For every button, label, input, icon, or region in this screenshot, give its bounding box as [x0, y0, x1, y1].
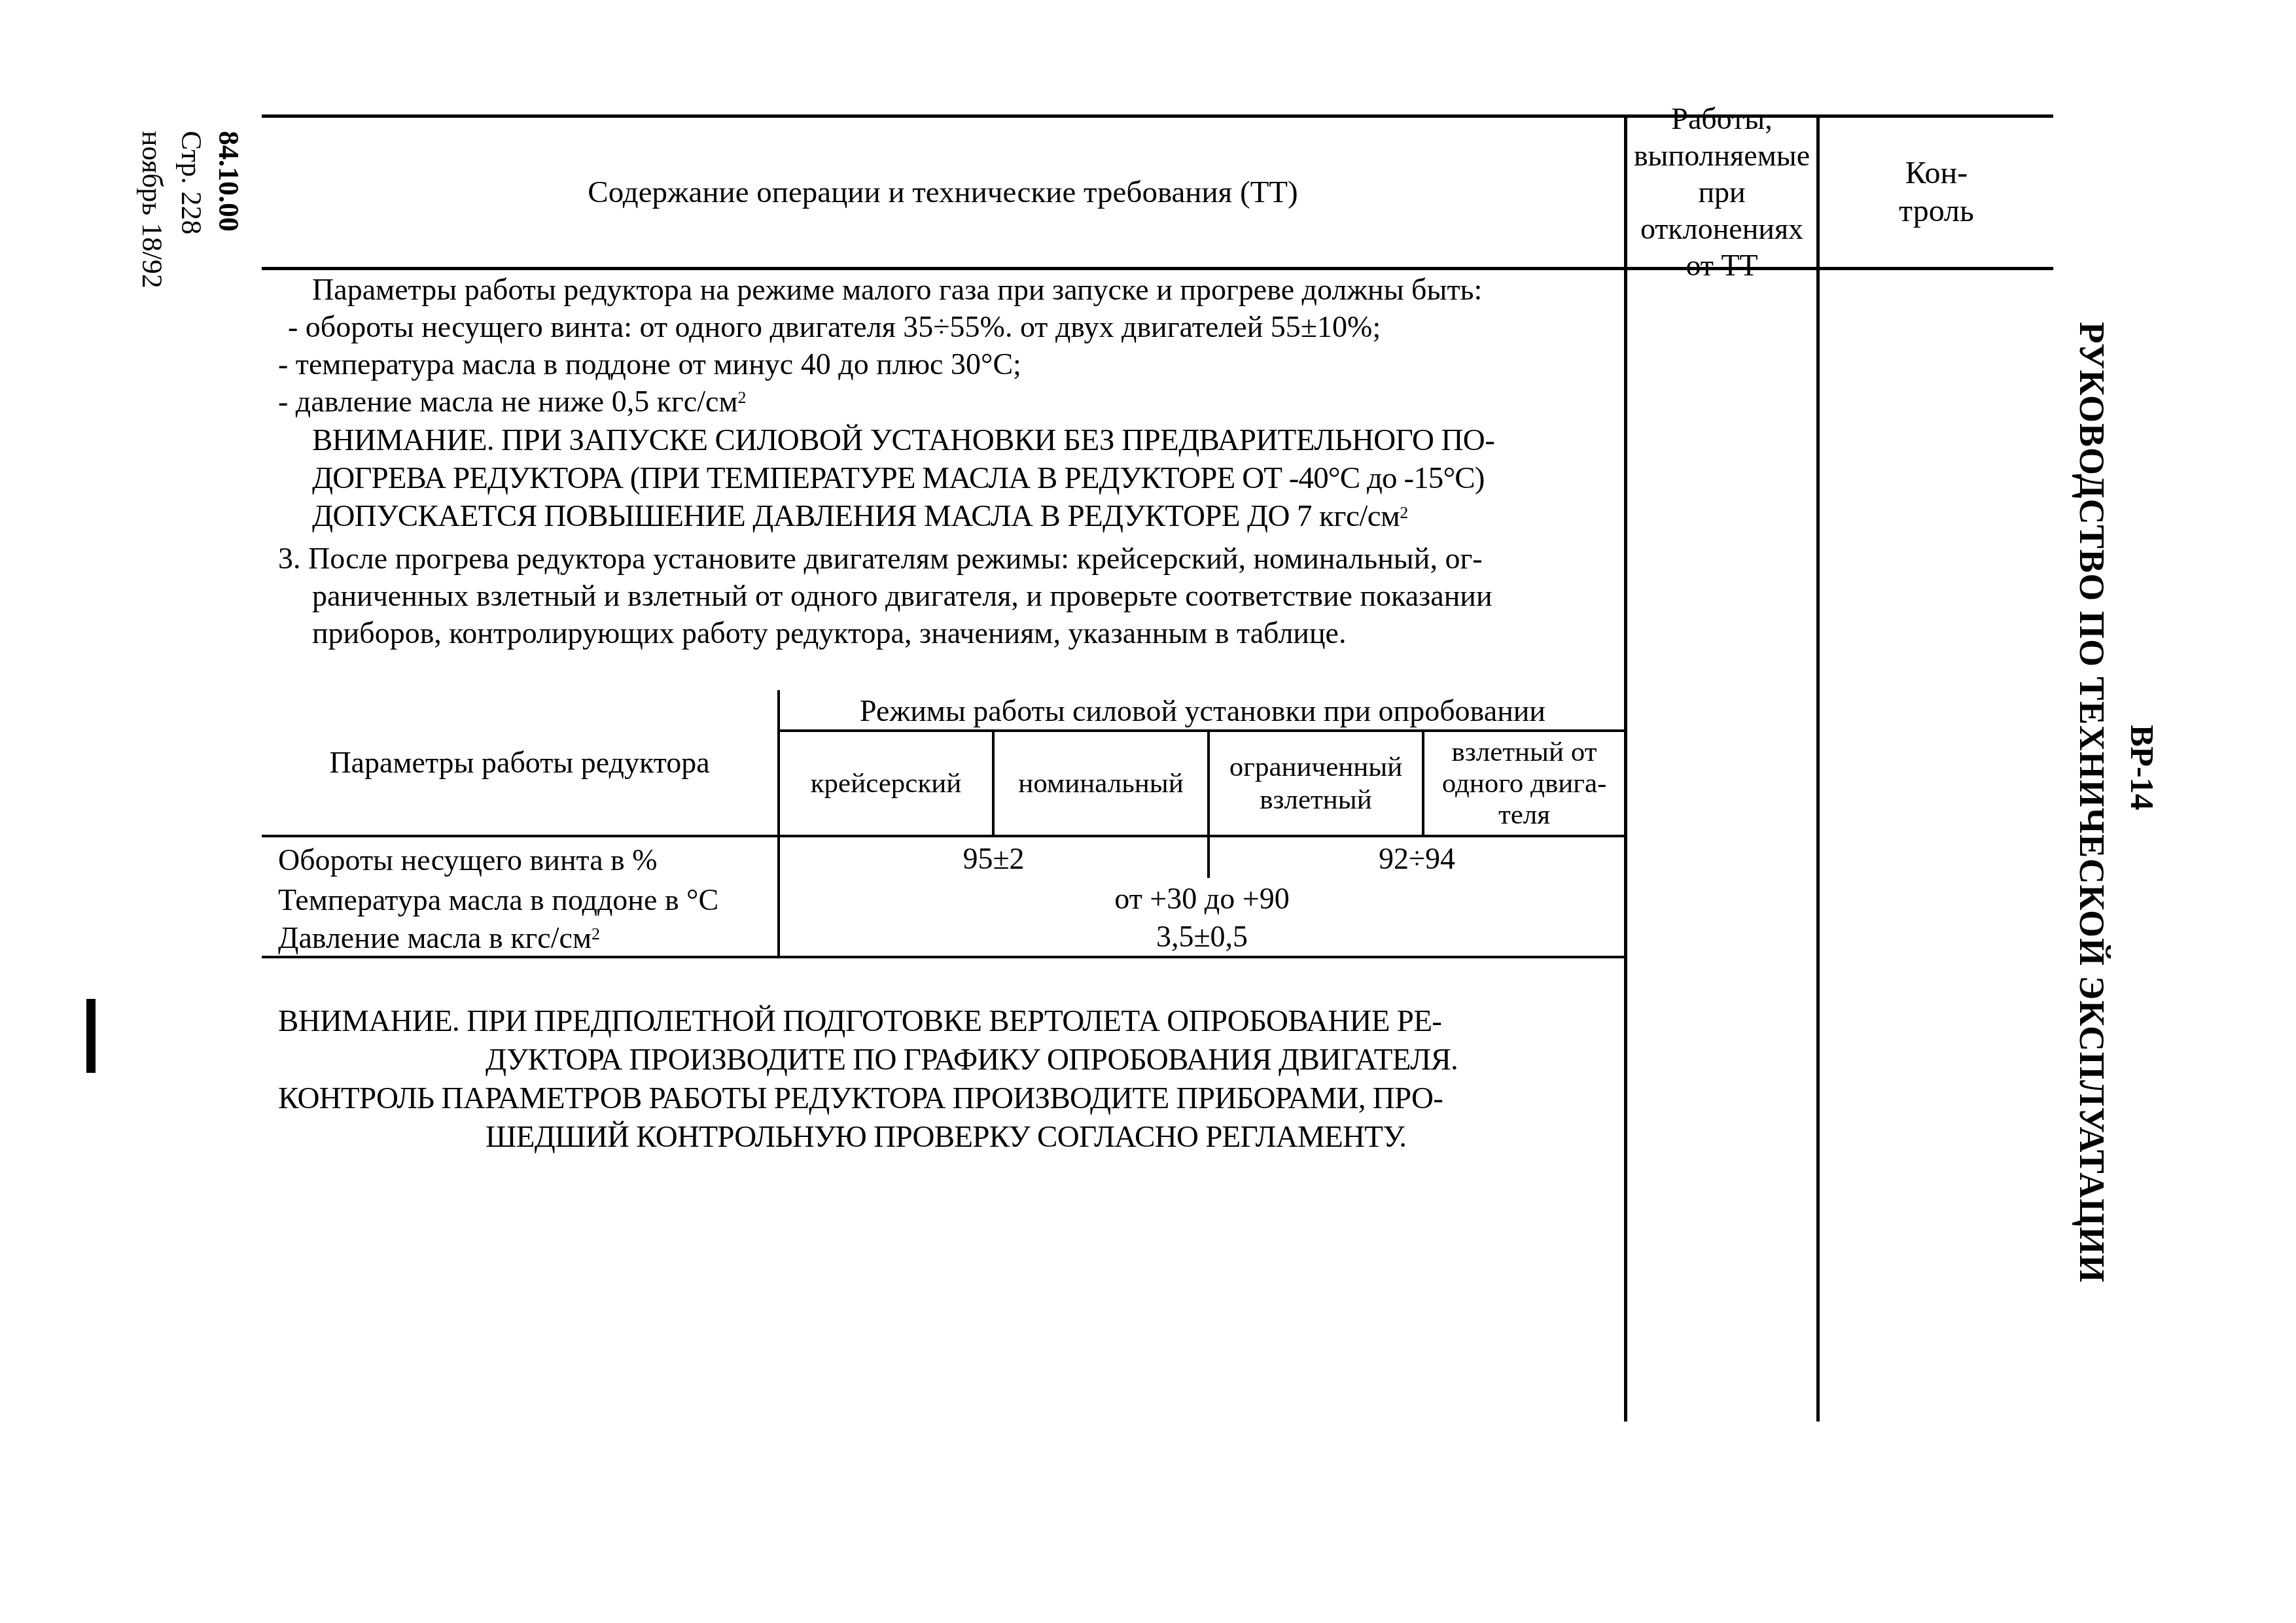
header-control-line: Кон-: [1905, 154, 1968, 192]
param-value-text: от +30 до +90: [1114, 882, 1289, 915]
header-deviation-line: при отклонениях: [1627, 174, 1816, 247]
header-control: Кон- троль: [1820, 118, 2053, 267]
header-control-line: троль: [1899, 192, 1974, 230]
mode-label: взлетный от: [1451, 737, 1597, 768]
param-value-text: 95±2: [963, 843, 1024, 875]
step3-line: раниченных взлетный и взлетный от одного…: [312, 577, 1492, 614]
warning-preflight-line: КОНТРОЛЬ ПАРАМЕТРОВ РАБОТЫ РЕДУКТОРА ПРО…: [278, 1080, 1443, 1117]
warning-preflight-line: ШЕДШИЙ КОНТРОЛЬНУЮ ПРОВЕРКУ СОГЛАСНО РЕГ…: [486, 1119, 1406, 1156]
param-value-text: 3,5±0,5: [1156, 920, 1248, 953]
param-row-label: Давление масла в кгс/см2: [278, 919, 600, 956]
mode-nominal: номинальный: [995, 732, 1207, 835]
page-number: Стр. 228: [175, 131, 208, 235]
mode-limited-takeoff: ограниченный взлетный: [1210, 732, 1422, 835]
column-divider-control: [1816, 114, 1820, 1422]
header-content: Содержание операции и технические требов…: [262, 118, 1624, 267]
model-code: ВР-14: [2123, 725, 2161, 811]
param-row-label-text: Давление масла в кгс/см: [278, 921, 592, 954]
param-row-label: Обороты несущего винта в %: [278, 841, 658, 879]
column-divider-deviation: [1624, 114, 1627, 1422]
header-bottom-border: [262, 267, 2053, 270]
warning-startup-line: ДОПУСКАЕТСЯ ПОВЫШЕНИЕ ДАВЛЕНИЯ МАСЛА В Р…: [312, 498, 1408, 535]
bullet-oil-pressure: - давление масла не ниже 0,5 кгс/см2: [278, 383, 747, 420]
step3-line: 3. После прогрева редуктора установите д…: [278, 540, 1483, 577]
param-header: Параметры работы редуктора: [262, 690, 777, 835]
header-content-label: Содержание операции и технические требов…: [588, 176, 1298, 209]
superscript: 2: [592, 924, 600, 943]
warning-startup-line: ВНИМАНИЕ. ПРИ ЗАПУСКЕ СИЛОВОЙ УСТАНОВКИ …: [312, 422, 1494, 459]
param-row-label: Температура масла в поддоне в °С: [278, 881, 718, 918]
mode-label: одного двига-: [1442, 768, 1607, 799]
change-bar: [86, 999, 96, 1073]
mode-label: взлетный: [1260, 784, 1372, 816]
param-value: от +30 до +90: [780, 880, 1624, 917]
header-deviation-line: от ТТ: [1686, 247, 1757, 284]
param-value: 3,5±0,5: [780, 918, 1624, 955]
mode-label: ограниченный: [1229, 751, 1402, 784]
mode-label: крейсерский: [811, 767, 962, 800]
header-deviation-line: выполняемые: [1634, 137, 1810, 174]
manual-title: РУКОВОДСТВО ПО ТЕХНИЧЕСКОЙ ЭКСПЛУАТАЦИИ: [2072, 322, 2112, 1283]
param-value-text: 92÷94: [1379, 843, 1455, 875]
mode-cruise: крейсерский: [780, 732, 992, 835]
intro-text: Параметры работы редуктора на режиме мал…: [312, 271, 1482, 308]
mode-label: номинальный: [1018, 767, 1183, 800]
step3-line: приборов, контролирующих работу редуктор…: [312, 614, 1347, 652]
bullet-oil-pressure-text: - давление масла не ниже 0,5 кгс/см: [278, 385, 738, 418]
document-code: 84.10.00: [212, 131, 245, 232]
warning-preflight-line: ДУКТОРА ПРОИЗВОДИТЕ ПО ГРАФИКУ ОПРОБОВАН…: [486, 1041, 1458, 1079]
superscript: 2: [738, 388, 747, 407]
superscript: 2: [1400, 503, 1407, 522]
param-value: 92÷94: [1210, 840, 1624, 877]
param-header-label: Параметры работы редуктора: [329, 746, 709, 779]
warning-startup-text: ДОПУСКАЕТСЯ ПОВЫШЕНИЕ ДАВЛЕНИЯ МАСЛА В Р…: [312, 499, 1400, 533]
mode-takeoff-one-engine: взлетный от одного двига- теля: [1424, 732, 1624, 835]
bullet-rotor-speed: - обороты несущего винта: от одного двиг…: [288, 308, 1381, 345]
param-table-header-bottom: [262, 835, 1625, 837]
mode-label: теля: [1498, 799, 1550, 831]
revision-date: ноябрь 18/92: [135, 131, 169, 288]
modes-header-label: Режимы работы силовой установки при опро…: [860, 695, 1545, 727]
bullet-oil-temp: - температура масла в поддоне от минус 4…: [278, 345, 1021, 383]
header-deviation-line: Работы,: [1671, 101, 1772, 137]
param-value: 95±2: [780, 840, 1207, 877]
modes-header: Режимы работы силовой установки при опро…: [780, 692, 1625, 729]
warning-startup-line: ДОГРЕВА РЕДУКТОРА (ПРИ ТЕМПЕРАТУРЕ МАСЛА…: [312, 460, 1485, 497]
warning-preflight-line: ВНИМАНИЕ. ПРИ ПРЕДПОЛЕТНОЙ ПОДГОТОВКЕ ВЕ…: [278, 1003, 1441, 1040]
header-deviation: Работы, выполняемые при отклонениях от Т…: [1627, 118, 1816, 267]
